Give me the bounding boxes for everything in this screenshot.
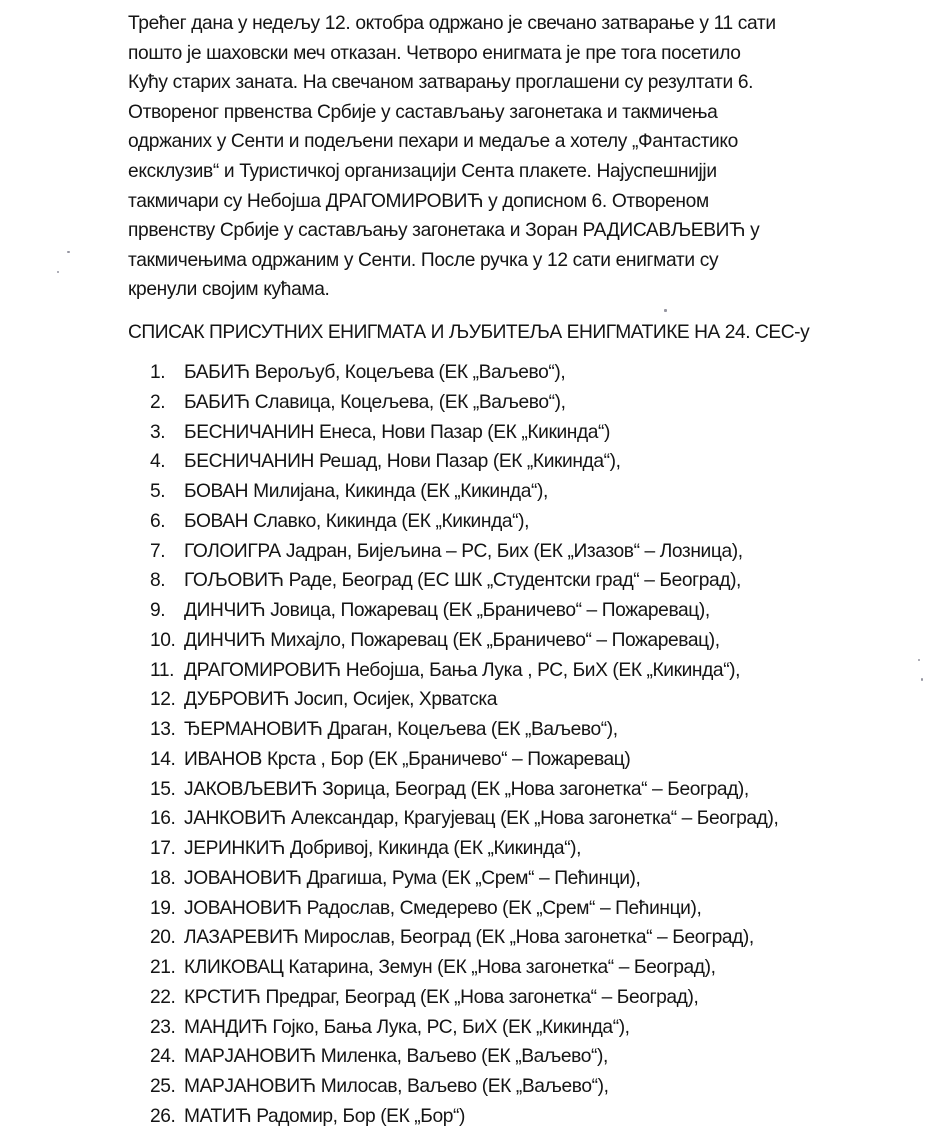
attendee-list-item: 18.ЈОВАНОВИЋДрагиша, Рума (ЕК „Срем“ – П… — [150, 864, 778, 894]
attendee-surname: БОВАН — [184, 477, 248, 507]
attendee-surname: ГОЛОИГРА — [184, 537, 281, 567]
attendee-list-heading: СПИСАК ПРИСУТНИХ ЕНИГМАТА И ЉУБИТЕЉА ЕНИ… — [128, 318, 809, 348]
scanned-document-page: Трећег дана у недељу 12. октобра одржано… — [0, 0, 945, 1128]
attendee-list-item: 21.КЛИКОВАЦКатарина, Земун (ЕК „Нова заг… — [150, 953, 778, 983]
attendee-list-item: 14.ИВАНОВКрста , Бор (ЕК „Браничево“ – П… — [150, 745, 778, 775]
attendee-surname: ДИНЧИЋ — [184, 596, 265, 626]
attendee-details: Катарина, Земун (ЕК „Нова загонетка“ – Б… — [288, 953, 715, 983]
attendee-list-item: 2.БАБИЋСлавица, Коцељева, (ЕК „Ваљево“), — [150, 388, 778, 418]
attendee-surname: ДРАГОМИРОВИЋ — [184, 656, 341, 686]
attendee-surname: ЈОВАНОВИЋ — [184, 894, 302, 924]
list-item-number: 24. — [150, 1042, 184, 1072]
attendee-surname: МАРЈАНОВИЋ — [184, 1072, 316, 1102]
attendee-list-item: 25.МАРЈАНОВИЋМилосав, Ваљево (ЕК „Ваљево… — [150, 1072, 778, 1102]
scan-speck — [67, 251, 70, 253]
list-item-number: 2. — [150, 388, 184, 418]
list-item-number: 22. — [150, 983, 184, 1013]
attendee-list-item: 6.БОВАНСлавко, Кикинда (ЕК „Кикинда“), — [150, 507, 778, 537]
attendee-details: Драгиша, Рума (ЕК „Срем“ – Пећинци), — [307, 864, 641, 894]
attendee-surname: БАБИЋ — [184, 358, 250, 388]
list-item-number: 7. — [150, 537, 184, 567]
attendee-surname: БЕСНИЧАНИН — [184, 418, 314, 448]
list-item-number: 3. — [150, 418, 184, 448]
intro-line: пошто је шаховски меч отказан. Четворо е… — [128, 39, 848, 69]
attendee-surname: ЈЕРИНКИЋ — [184, 834, 285, 864]
attendee-list-item: 3.БЕСНИЧАНИНЕнеса, Нови Пазар (ЕК „Кикин… — [150, 418, 778, 448]
attendee-list-item: 15.ЈАКОВЉЕВИЋЗорица, Београд (ЕК „Нова з… — [150, 775, 778, 805]
attendee-details: Михајло, Пожаревац (ЕК „Браничево“ – Пож… — [270, 626, 719, 656]
attendee-list-item: 7.ГОЛОИГРАЈадран, Бијељина – РС, Бих (ЕК… — [150, 537, 778, 567]
attendee-details: Јадран, Бијељина – РС, Бих (ЕК „Изазов“ … — [286, 537, 743, 567]
scan-speck — [57, 271, 59, 273]
attendee-surname: ЛАЗАРЕВИЋ — [184, 923, 299, 953]
attendee-list-item: 9.ДИНЧИЋЈовица, Пожаревац (ЕК „Браничево… — [150, 596, 778, 626]
attendee-surname: ДУБРОВИЋ — [184, 685, 289, 715]
attendee-surname: ЈАКОВЉЕВИЋ — [184, 775, 317, 805]
attendee-details: Небојша, Бања Лука , РС, БиХ (ЕК „Кикинд… — [346, 656, 740, 686]
attendee-list-item: 5.БОВАНМилијана, Кикинда (ЕК „Кикинда“), — [150, 477, 778, 507]
attendee-list-item: 19.ЈОВАНОВИЋРадослав, Смедерево (ЕК „Сре… — [150, 894, 778, 924]
intro-line: одржаних у Сенти и подељени пехари и мед… — [128, 127, 848, 157]
list-item-number: 9. — [150, 596, 184, 626]
attendee-details: Славко, Кикинда (ЕК „Кикинда“), — [253, 507, 529, 537]
attendee-list: 1.БАБИЋВерољуб, Коцељева (ЕК „Ваљево“),2… — [150, 358, 778, 1128]
attendee-details: Александар, Крагујевац (ЕК „Нова загонет… — [291, 804, 778, 834]
attendee-surname: БОВАН — [184, 507, 248, 537]
scan-speck — [664, 309, 667, 312]
attendee-details: Драган, Коцељева (ЕК „Ваљево“), — [328, 715, 618, 745]
attendee-surname: БЕСНИЧАНИН — [184, 447, 314, 477]
attendee-details: Славица, Коцељева, (ЕК „Ваљево“), — [255, 388, 566, 418]
attendee-list-item: 12.ДУБРОВИЋЈосип, Осијек, Хрватска — [150, 685, 778, 715]
intro-line: Отвореног првенства Србије у састављању … — [128, 98, 848, 128]
attendee-surname: ЂЕРМАНОВИЋ — [184, 715, 323, 745]
attendee-surname: КЛИКОВАЦ — [184, 953, 283, 983]
attendee-list-item: 23.МАНДИЋГојко, Бања Лука, РС, БиХ (ЕК „… — [150, 1013, 778, 1043]
list-item-number: 15. — [150, 775, 184, 805]
intro-line: Трећег дана у недељу 12. октобра одржано… — [128, 9, 848, 39]
list-item-number: 11. — [150, 656, 184, 686]
attendee-list-item: 16.ЈАНКОВИЋАлександар, Крагујевац (ЕК „Н… — [150, 804, 778, 834]
attendee-details: Верољуб, Коцељева (ЕК „Ваљево“), — [255, 358, 566, 388]
list-item-number: 4. — [150, 447, 184, 477]
intro-line: такмичењима одржаним у Сенти. После ручк… — [128, 246, 848, 276]
attendee-details: Добривој, Кикинда (ЕК „Кикинда“), — [290, 834, 581, 864]
list-item-number: 12. — [150, 685, 184, 715]
intro-line: кренули својим кућама. — [128, 275, 848, 305]
attendee-list-item: 11.ДРАГОМИРОВИЋНебојша, Бања Лука , РС, … — [150, 656, 778, 686]
attendee-details: Милосав, Ваљево (ЕК „Ваљево“), — [321, 1072, 609, 1102]
attendee-details: Миленка, Ваљево (ЕК „Ваљево“), — [321, 1042, 608, 1072]
intro-line: такмичари су Небојша ДРАГОМИРОВИЋ у допи… — [128, 187, 848, 217]
attendee-surname: ИВАНОВ — [184, 745, 262, 775]
list-item-number: 8. — [150, 566, 184, 596]
attendee-details: Радослав, Смедерево (ЕК „Срем“ – Пећинци… — [307, 894, 702, 924]
intro-paragraph: Трећег дана у недељу 12. октобра одржано… — [128, 9, 848, 305]
attendee-details: Радомир, Бор (ЕК „Бор“) — [256, 1102, 465, 1128]
scan-speck — [918, 659, 920, 661]
attendee-details: Зорица, Београд (ЕК „Нова загонетка“ – Б… — [322, 775, 749, 805]
attendee-list-item: 13.ЂЕРМАНОВИЋДраган, Коцељева (ЕК „Ваљев… — [150, 715, 778, 745]
list-item-number: 23. — [150, 1013, 184, 1043]
attendee-surname: ЈОВАНОВИЋ — [184, 864, 302, 894]
list-item-number: 20. — [150, 923, 184, 953]
attendee-list-item: 26.МАТИЋРадомир, Бор (ЕК „Бор“) — [150, 1102, 778, 1128]
intro-line: првенству Србије у састављању загонетака… — [128, 216, 848, 246]
attendee-list-item: 24.МАРЈАНОВИЋМиленка, Ваљево (ЕК „Ваљево… — [150, 1042, 778, 1072]
attendee-list-item: 4.БЕСНИЧАНИНРешад, Нови Пазар (ЕК „Кикин… — [150, 447, 778, 477]
attendee-surname: ЈАНКОВИЋ — [184, 804, 286, 834]
attendee-surname: МАТИЋ — [184, 1102, 251, 1128]
attendee-details: Јовица, Пожаревац (ЕК „Браничево“ – Пожа… — [270, 596, 710, 626]
list-item-number: 6. — [150, 507, 184, 537]
list-item-number: 1. — [150, 358, 184, 388]
attendee-details: Предраг, Београд (ЕК „Нова загонетка“ – … — [265, 983, 698, 1013]
attendee-list-item: 17.ЈЕРИНКИЋДобривој, Кикинда (ЕК „Кикинд… — [150, 834, 778, 864]
list-item-number: 10. — [150, 626, 184, 656]
attendee-details: Крста , Бор (ЕК „Браничево“ – Пожаревац) — [267, 745, 630, 775]
attendee-details: Раде, Београд (ЕС ШК „Студентски град“ –… — [289, 566, 741, 596]
intro-line: Кућу старих заната. На свечаном затварањ… — [128, 68, 848, 98]
attendee-list-item: 20.ЛАЗАРЕВИЋМирослав, Београд (ЕК „Нова … — [150, 923, 778, 953]
attendee-list-item: 1.БАБИЋВерољуб, Коцељева (ЕК „Ваљево“), — [150, 358, 778, 388]
attendee-surname: МАНДИЋ — [184, 1013, 267, 1043]
intro-line: ексклузив“ и Туристичкој организацији Се… — [128, 157, 848, 187]
attendee-list-item: 22.КРСТИЋПредраг, Београд (ЕК „Нова заго… — [150, 983, 778, 1013]
attendee-details: Решад, Нови Пазар (ЕК „Кикинда“), — [319, 447, 621, 477]
list-item-number: 25. — [150, 1072, 184, 1102]
attendee-surname: КРСТИЋ — [184, 983, 260, 1013]
attendee-details: Јосип, Осијек, Хрватска — [294, 685, 497, 715]
list-item-number: 21. — [150, 953, 184, 983]
list-item-number: 18. — [150, 864, 184, 894]
list-item-number: 17. — [150, 834, 184, 864]
attendee-surname: МАРЈАНОВИЋ — [184, 1042, 316, 1072]
attendee-details: Милијана, Кикинда (ЕК „Кикинда“), — [253, 477, 548, 507]
attendee-details: Мирослав, Београд (ЕК „Нова загонетка“ –… — [304, 923, 754, 953]
list-item-number: 26. — [150, 1102, 184, 1128]
attendee-list-item: 10.ДИНЧИЋМихајло, Пожаревац (ЕК „Браниче… — [150, 626, 778, 656]
attendee-list-item: 8.ГОЉОВИЋРаде, Београд (ЕС ШК „Студентск… — [150, 566, 778, 596]
attendee-details: Енеса, Нови Пазар (ЕК „Кикинда“) — [319, 418, 610, 448]
list-item-number: 19. — [150, 894, 184, 924]
list-item-number: 5. — [150, 477, 184, 507]
scan-speck — [921, 678, 923, 681]
list-item-number: 16. — [150, 804, 184, 834]
attendee-surname: ГОЉОВИЋ — [184, 566, 284, 596]
attendee-surname: БАБИЋ — [184, 388, 250, 418]
attendee-surname: ДИНЧИЋ — [184, 626, 265, 656]
list-item-number: 14. — [150, 745, 184, 775]
attendee-details: Гојко, Бања Лука, РС, БиХ (ЕК „Кикинда“)… — [272, 1013, 629, 1043]
list-item-number: 13. — [150, 715, 184, 745]
